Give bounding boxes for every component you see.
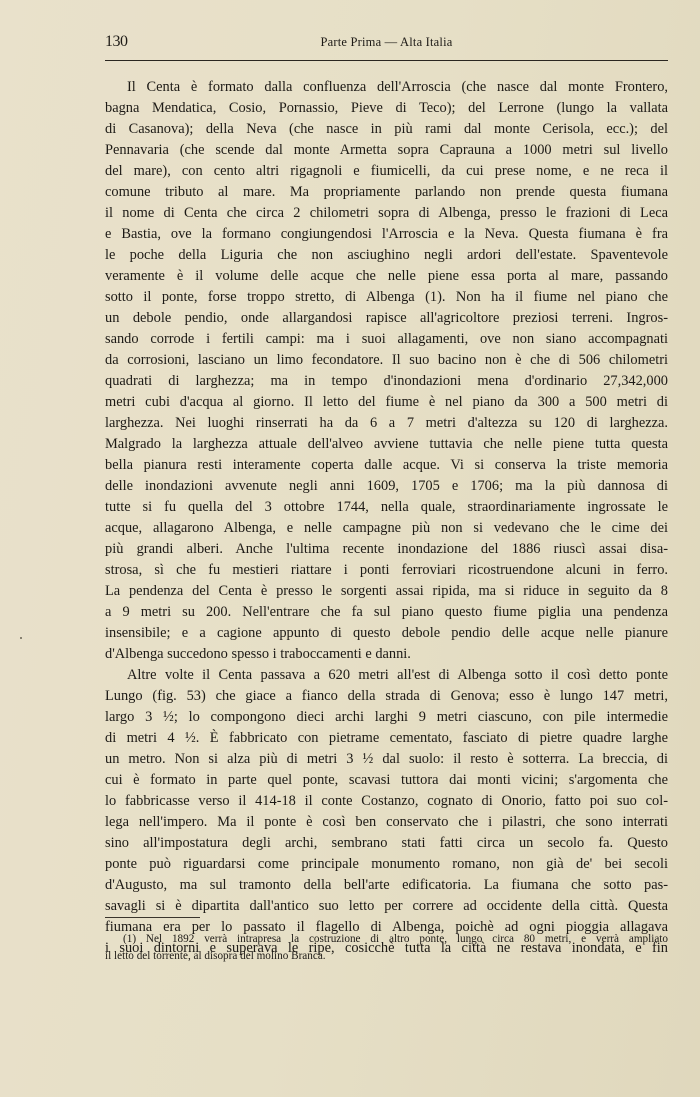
text-line: Lungo (fig. 53) che giace a fianco della…	[105, 686, 668, 707]
text-line: d'Augusto, ma sul tramonto della bell'ar…	[105, 875, 668, 896]
text-line: da corrosioni, lasciano un limo fecondat…	[105, 350, 668, 371]
text-line: sotto il ponte, forse troppo stretto, di…	[105, 287, 668, 308]
text-line: metri cubi d'acqua al giorno. Il letto d…	[105, 392, 668, 413]
text-line: sando corrode i fertili campi: ma i suoi…	[105, 329, 668, 350]
text-line: delle inondazioni avvenute negli anni 16…	[105, 476, 668, 497]
text-line: veramente è il volume delle acque che ne…	[105, 266, 668, 287]
text-line: un debole pendio, onde allargandosi rapi…	[105, 308, 668, 329]
text-line: di metri 4 ½. È fabbricato con pietrame …	[105, 728, 668, 749]
text-line: bagna Mendatica, Cosio, Pornassio, Pieve…	[105, 98, 668, 119]
text-line: comune tributo al mare. Ma propriamente …	[105, 182, 668, 203]
body-text: Il Centa è formato dalla confluenza dell…	[105, 77, 668, 959]
text-line: acque, allagarono Albenga, e nelle campa…	[105, 518, 668, 539]
text-line: Pennavaria (che scende dal monte Armetta…	[105, 140, 668, 161]
text-line: largo 3 ½; lo compongono dieci archi lar…	[105, 707, 668, 728]
footnote-rule	[105, 917, 200, 918]
text-line: Altre volte il Centa passava a 620 metri…	[105, 665, 668, 686]
text-line: ponte può riguardarsi come principale mo…	[105, 854, 668, 875]
text-line: strosa, sì che fu mestieri riattare i po…	[105, 560, 668, 581]
text-line: del mare), con cento altri rigagnoli e f…	[105, 161, 668, 182]
footnote-line: il letto del torrente, al disopra del mo…	[105, 948, 668, 965]
running-title: Parte Prima — Alta Italia	[105, 35, 668, 50]
text-line: lo fabbricasse verso il 414-18 il conte …	[105, 791, 668, 812]
text-line: La pendenza del Centa è presso le sorgen…	[105, 581, 668, 602]
text-line: Il Centa è formato dalla confluenza dell…	[105, 77, 668, 98]
text-line: Malgrado la larghezza attuale dell'alveo…	[105, 434, 668, 455]
text-line: le poche della Liguria che non asciughin…	[105, 245, 668, 266]
text-line: tutte si fu quella del 3 ottobre 1744, n…	[105, 497, 668, 518]
page-header: 130 Parte Prima — Alta Italia	[105, 33, 668, 53]
header-rule	[105, 60, 668, 61]
text-line: savagli si è dipartita dall'antico suo l…	[105, 896, 668, 917]
text-line: cui è formato in parte quel ponte, scava…	[105, 770, 668, 791]
text-line: larghezza. Nei luoghi rinserrati ha da 6…	[105, 413, 668, 434]
text-line: lega nell'impero. Ma il ponte è così ben…	[105, 812, 668, 833]
margin-mark	[20, 637, 22, 639]
text-line: di Casanova); della Neva (che nasce in p…	[105, 119, 668, 140]
footnote-line: (1) Nel 1892 verrà intrapresa la costruz…	[105, 931, 668, 948]
text-line: il nome di Centa che circa 2 chilometri …	[105, 203, 668, 224]
text-line: a 9 metri su 200. Nell'entrare che fa su…	[105, 602, 668, 623]
footnote: (1) Nel 1892 verrà intrapresa la costruz…	[105, 931, 668, 965]
text-line: insensibile; e a cagione appunto di ques…	[105, 623, 668, 644]
text-line: sino all'impostatura degli archi, sembra…	[105, 833, 668, 854]
text-line: e Bastia, ove la formano congiungendosi …	[105, 224, 668, 245]
text-line: d'Albenga succedono spesso i traboccamen…	[105, 644, 668, 665]
text-line: un metro. Non si alza più di metri 3 ½ d…	[105, 749, 668, 770]
text-line: quadrati di larghezza; ma in tempo d'ino…	[105, 371, 668, 392]
text-line: più grandi alberi. Anche l'ultima recent…	[105, 539, 668, 560]
text-line: bella pianura resti interamente coperta …	[105, 455, 668, 476]
